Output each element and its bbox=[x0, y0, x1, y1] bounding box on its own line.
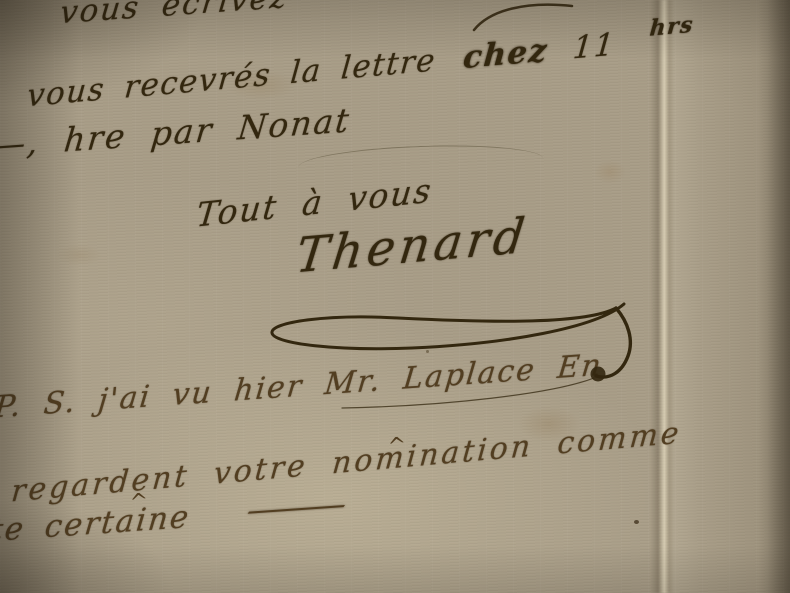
line2-text: vous recevrés la lettre bbox=[26, 42, 438, 114]
handwriting-layer: vous écrivez vous recevrés la lettre che… bbox=[0, 0, 790, 593]
line2-number: 11 bbox=[571, 26, 616, 66]
trailing-dash: — bbox=[243, 488, 358, 527]
handwritten-line-2: vous recevrés la lettre chez 11 hrs bbox=[26, 23, 694, 113]
stray-pen-stroke bbox=[468, 0, 578, 32]
line2-inked-insertion: chez bbox=[462, 32, 550, 76]
line2-superscript: hrs bbox=[649, 12, 696, 42]
manuscript-photo: vous écrivez vous recevrés la lettre che… bbox=[0, 0, 790, 593]
handwritten-line-3: —, hre par Nonat bbox=[0, 103, 352, 161]
signature: Thenard bbox=[293, 212, 531, 281]
signature-flourish bbox=[256, 294, 640, 416]
ink-blot bbox=[591, 367, 606, 382]
handwritten-line-top-fragment: vous écrivez bbox=[59, 0, 290, 29]
